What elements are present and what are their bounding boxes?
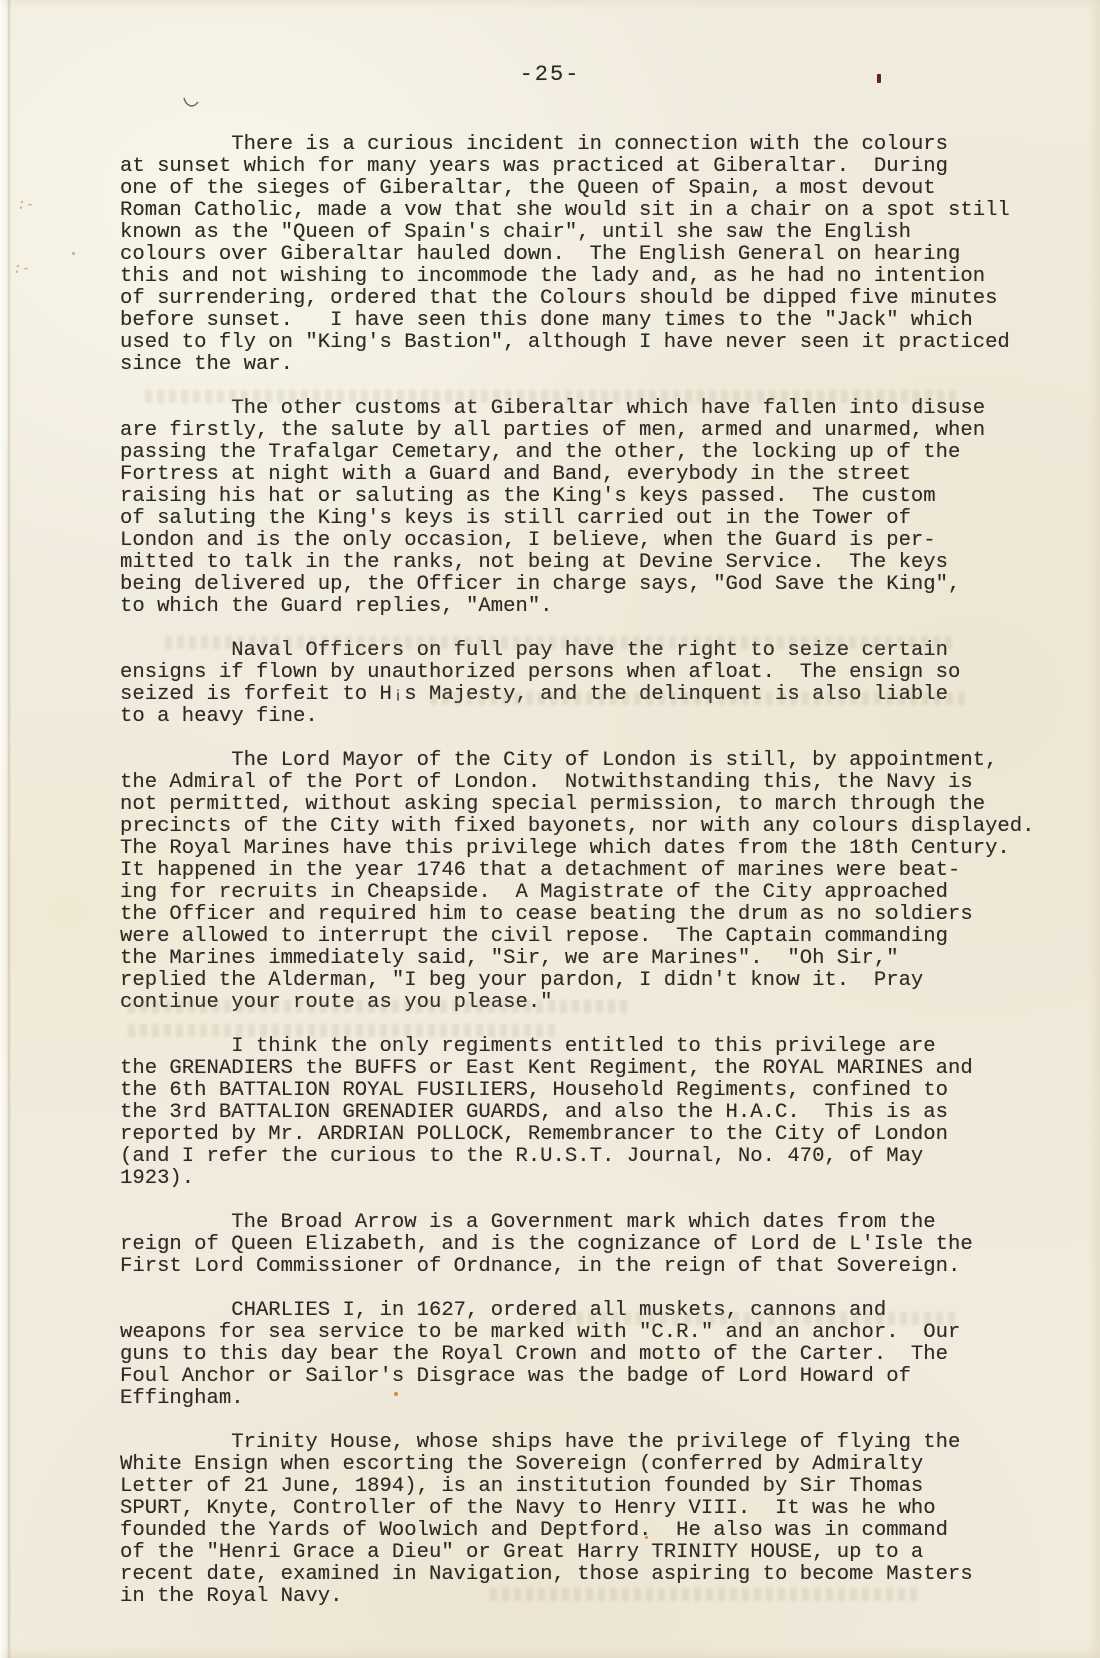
margin-pencil-mark: :- — [15, 198, 35, 214]
paper-speck — [394, 1392, 398, 1396]
paragraph-broad-arrow: The Broad Arrow is a Government mark whi… — [120, 1212, 1082, 1278]
ink-speck-mark — [877, 74, 881, 83]
paragraph-other-customs: The other customs at Giberaltar which ha… — [120, 398, 1082, 618]
document-page: :- :- -25- There is a curious incident i… — [0, 0, 1100, 1658]
paragraph-lord-mayor: The Lord Mayor of the City of London is … — [120, 750, 1082, 1014]
paper-speck — [72, 252, 75, 255]
pen-squiggle-mark — [183, 96, 199, 110]
document-body: There is a curious incident in connectio… — [0, 86, 1100, 1608]
paragraph-regiments-privilege: I think the only regiments entitled to t… — [120, 1036, 1082, 1190]
paragraph-charles-i: CHARLIES I, in 1627, ordered all muskets… — [120, 1300, 1082, 1410]
paragraph-colours-at-sunset: There is a curious incident in connectio… — [120, 134, 1082, 376]
page-number: -25- — [0, 0, 1100, 86]
paragraph-naval-officers: Naval Officers on full pay have the righ… — [120, 640, 1082, 728]
margin-pencil-mark: :- — [11, 262, 31, 278]
paragraph-trinity-house: Trinity House, whose ships have the priv… — [120, 1432, 1082, 1608]
paper-speck — [645, 1536, 648, 1539]
